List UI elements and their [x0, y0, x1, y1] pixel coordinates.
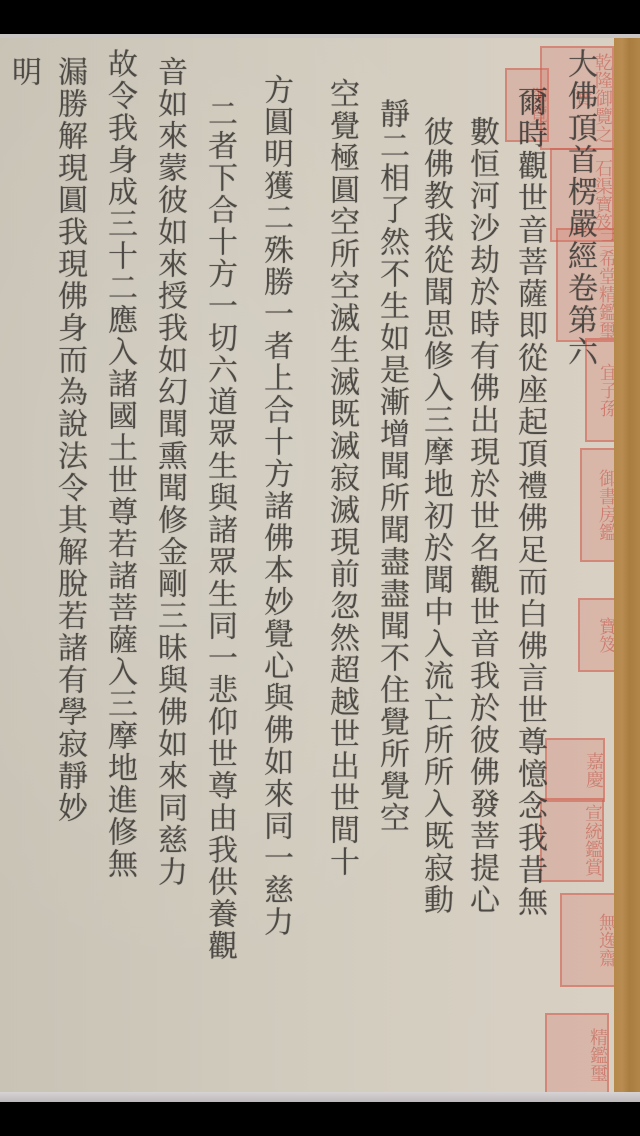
calligraphy-column: 空覺極圓空所空滅生滅既滅寂滅現前忽然超越世出世間十: [322, 78, 360, 878]
red-seal-stamp: 嘉慶: [545, 738, 605, 802]
red-seal-stamp: 宣統鑑賞: [540, 798, 604, 882]
calligraphy-column: 漏勝解現圓我現佛身而為說法令其解脫若諸有學寂靜妙: [50, 56, 88, 824]
image-viewer[interactable]: 御覽乾隆御覽之寶石渠寶笈三希堂精鑑璽宜子孫御書房鑑寶笈嘉慶宣統鑑賞無逸齋精鑑璽大…: [0, 34, 640, 1102]
top-letterbox: [0, 0, 640, 34]
calligraphy-column: 大佛頂首楞嚴經卷第六: [560, 48, 598, 368]
calligraphy-column: 爾時觀世音菩薩即從座起頂禮佛足而白佛言世尊憶念我昔無: [510, 86, 548, 918]
red-seal-stamp: 寶笈: [578, 598, 618, 672]
calligraphy-column: 彼佛教我從聞思修入三摩地初於聞中入流亡所所入既寂動: [416, 116, 454, 916]
red-seal-stamp: 精鑑璽: [545, 1013, 609, 1097]
red-seal-stamp: 無逸齋: [560, 893, 618, 987]
bottom-letterbox: [0, 1102, 640, 1136]
calligraphy-column: 二者下合十方一切六道眾生與諸眾生同一悲仰世尊由我供養觀: [200, 98, 238, 962]
viewer-bottom-strip: [0, 1092, 640, 1102]
calligraphy-column: 數恒河沙劫於時有佛出現於世名觀世音我於彼佛發菩提心: [462, 116, 500, 916]
red-seal-stamp: 御書房鑑: [580, 448, 618, 562]
calligraphy-column: 明: [4, 56, 42, 88]
calligraphy-column: 故令我身成三十二應入諸國土世尊若諸菩薩入三摩地進修無: [100, 48, 138, 880]
calligraphy-paper: 御覽乾隆御覽之寶石渠寶笈三希堂精鑑璽宜子孫御書房鑑寶笈嘉慶宣統鑑賞無逸齋精鑑璽大…: [0, 38, 614, 1092]
silk-mounting-border: [614, 38, 640, 1092]
calligraphy-column: 靜二相了然不生如是漸增聞所聞盡盡聞不住覺所覺空: [372, 98, 410, 834]
calligraphy-column: 方圓明獲二殊勝一者上合十方諸佛本妙覺心與佛如來同一慈力: [256, 74, 294, 938]
calligraphy-column: 音如來蒙彼如來授我如幻聞熏聞修金剛三昧與佛如來同慈力: [150, 56, 188, 888]
